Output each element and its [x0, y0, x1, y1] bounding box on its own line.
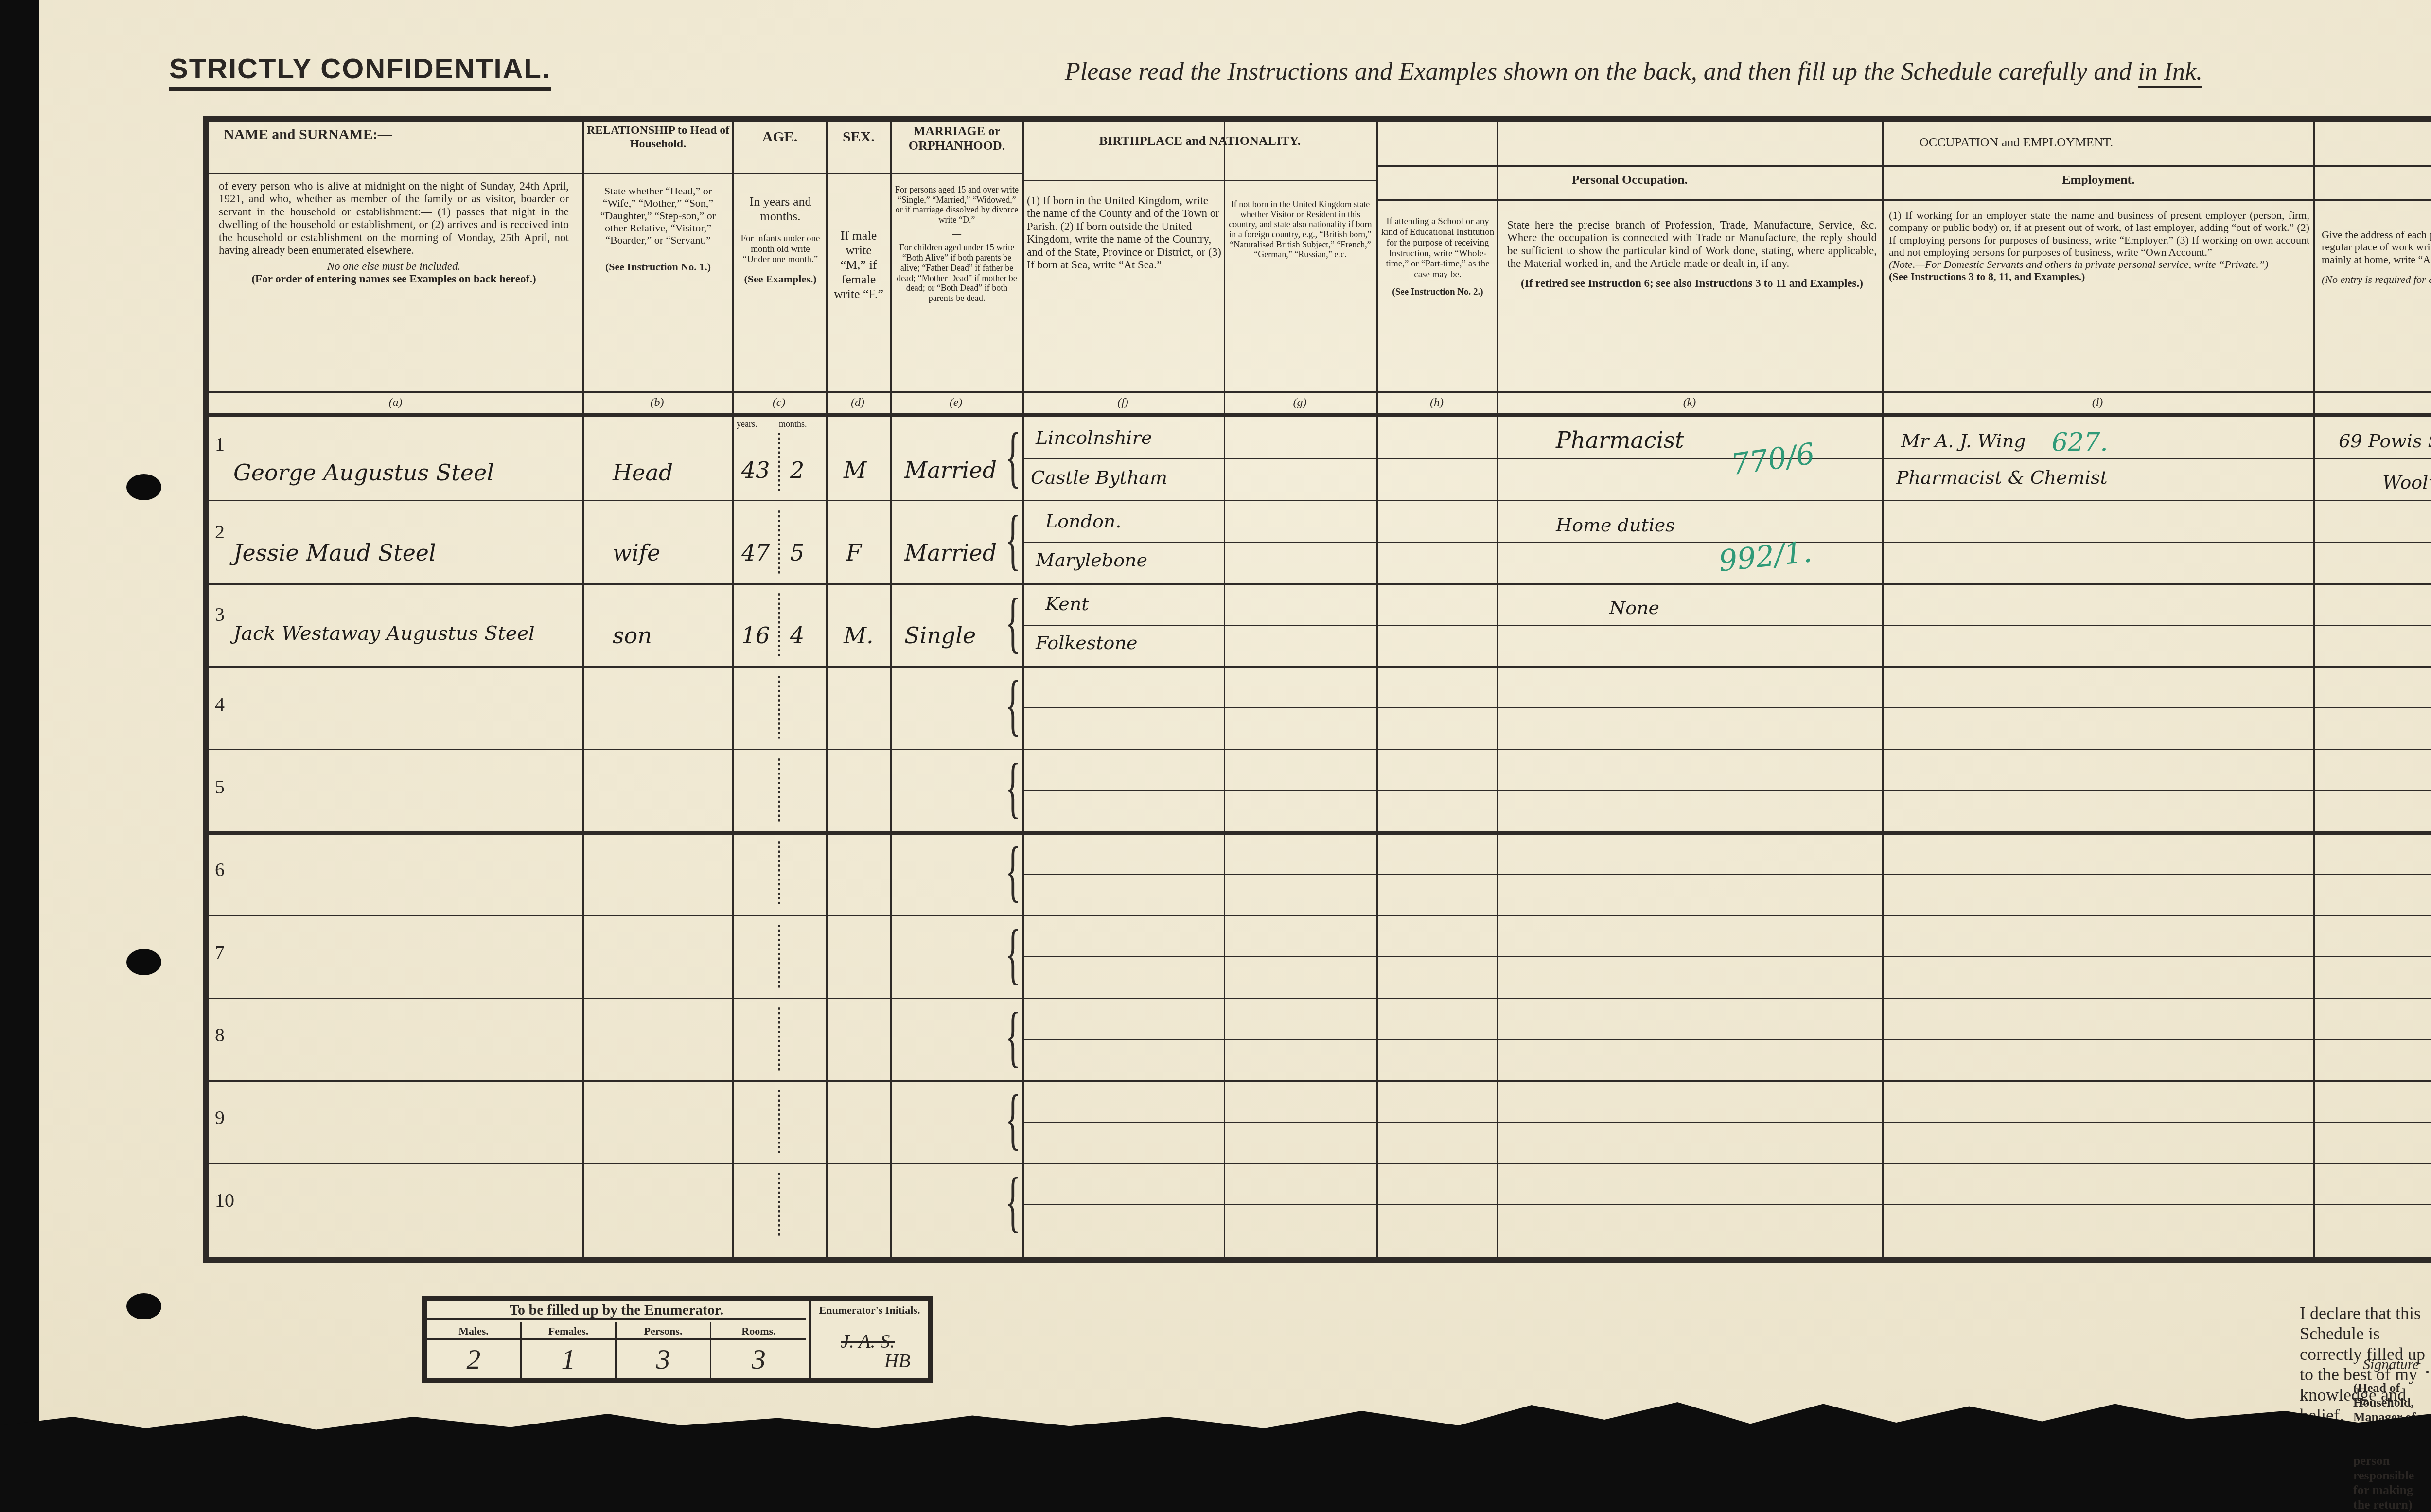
col-k-foot: (If retired see Instruction 6; see also …: [1507, 277, 1877, 290]
confidential-title: STRICTLY CONFIDENTIAL.: [169, 53, 551, 91]
person-workplace-town[interactable]: Woolwich: [2382, 472, 2431, 493]
row-number: 9: [215, 1106, 225, 1129]
col-a-foot: (For order of entering names see Example…: [219, 273, 569, 285]
row-number: 2: [215, 520, 225, 543]
signature-label: Signature: [2363, 1356, 2419, 1373]
col-a-title: NAME and SURNAME:—: [214, 126, 574, 143]
punch-hole: [126, 949, 161, 975]
person-birthplace-county[interactable]: Kent: [1045, 593, 1089, 615]
col-g-body: If not born in the United Kingdom state …: [1226, 199, 1374, 260]
enumerator-initials[interactable]: Enumerator's Initials. J. A. S. HB: [809, 1301, 928, 1378]
occupation-code: 770/6: [1729, 437, 1817, 482]
tally-rooms[interactable]: Rooms. 3: [711, 1322, 806, 1383]
person-occupation[interactable]: None: [1609, 597, 1659, 618]
enumerator-tally-box: To be filled up by the Enumerator. Males…: [422, 1296, 933, 1383]
person-sex[interactable]: M.: [844, 622, 874, 649]
personal-occupation-header: Personal Occupation.: [1378, 173, 1882, 187]
col-l-foot: (See Instructions 3 to 8, 11, and Exampl…: [1889, 270, 2309, 282]
col-l-title: Employment.: [1884, 173, 2313, 187]
col-m-body: Give the address of each person’s place …: [2322, 229, 2431, 265]
col-d-header: SEX.: [828, 129, 890, 146]
household-table: NAME and SURNAME:— of every person who i…: [203, 116, 2431, 1263]
row-number: 3: [215, 603, 225, 626]
col-e-letter: (e): [890, 396, 1022, 409]
col-a-letter: (a): [209, 396, 582, 409]
row-number: 4: [215, 693, 225, 716]
col-b-title: RELATIONSHIP to Head of Household.: [584, 124, 732, 151]
col-d-title: SEX.: [828, 129, 890, 146]
person-name[interactable]: Jessie Maud Steel: [233, 540, 436, 566]
age-months-label: months.: [779, 419, 807, 429]
person-birthplace-county[interactable]: London.: [1045, 510, 1121, 532]
person-relationship[interactable]: Head: [613, 459, 673, 486]
col-b-letter: (b): [582, 396, 732, 409]
instruction-ink: in Ink.: [2138, 58, 2202, 88]
col-m-letter: (m): [2313, 396, 2431, 409]
col-b-instructions: State whether “Head,” or “Wife,” “Mother…: [589, 185, 727, 273]
person-birthplace-town[interactable]: Castle Bytham: [1031, 467, 1167, 488]
col-g-letter: (g): [1224, 396, 1376, 409]
col-c-title: AGE.: [734, 129, 826, 146]
row-number: 8: [215, 1023, 225, 1046]
col-k-letter: (k): [1497, 396, 1882, 409]
tally-persons[interactable]: Persons. 3: [617, 1322, 711, 1383]
person-age-months[interactable]: 5: [790, 540, 804, 566]
col-e-instructions: For persons aged 15 and over write “Sing…: [895, 185, 1019, 303]
person-employer-business[interactable]: Pharmacist & Chemist: [1896, 467, 2108, 488]
col-m-title: Place of Work.: [2315, 177, 2431, 192]
person-marriage[interactable]: Married: [904, 457, 997, 483]
col-a-body: of every person who is alive at midnight…: [219, 180, 569, 257]
col-h-instructions: If attending a School or any kind of Edu…: [1380, 216, 1496, 298]
employment-header: Employment.: [1884, 173, 2313, 187]
occupation-group-header: OCCUPATION and EMPLOYMENT.: [1378, 135, 2431, 150]
tally-males[interactable]: Males. 2: [427, 1322, 522, 1383]
col-e-sub: For children aged under 15 write “Both A…: [895, 243, 1019, 303]
birthplace-group-title: BIRTHPLACE and NATIONALITY.: [1024, 134, 1376, 148]
person-age-months[interactable]: 4: [790, 622, 804, 649]
col-b-body: State whether “Head,” or “Wife,” “Mother…: [589, 185, 727, 246]
col-k-body: State here the precise branch of Profess…: [1507, 219, 1877, 270]
col-d-letter: (d): [826, 396, 890, 409]
col-a-header: NAME and SURNAME:—: [214, 126, 574, 143]
person-name[interactable]: Jack Westaway Augustus Steel: [233, 622, 535, 645]
tally-females[interactable]: Females. 1: [522, 1322, 617, 1383]
col-d-body: If male write “M,” if female write “F.”: [832, 229, 885, 301]
person-sex[interactable]: M: [844, 457, 866, 483]
col-c-sub: For infants under one month old write “U…: [737, 233, 824, 265]
person-birthplace-county[interactable]: Lincolnshire: [1036, 427, 1152, 448]
person-workplace-street[interactable]: 69 Powis St: [2339, 430, 2431, 452]
col-a-instructions: of every person who is alive at midnight…: [219, 180, 569, 286]
row-number: 5: [215, 775, 225, 798]
col-c-foot: (See Examples.): [737, 273, 824, 285]
col-b-foot: (See Instruction No. 1.): [589, 261, 727, 273]
person-occupation[interactable]: Home duties: [1556, 514, 1675, 536]
col-c-letter: (c): [732, 396, 826, 409]
person-relationship[interactable]: son: [613, 622, 652, 649]
col-e-title: MARRIAGE or ORPHANHOOD.: [892, 124, 1022, 153]
person-age-years[interactable]: 47: [741, 540, 770, 566]
row-number: 6: [215, 858, 225, 881]
person-age-years[interactable]: 16: [741, 622, 770, 649]
row-number: 10: [215, 1189, 234, 1212]
punch-hole: [126, 474, 161, 500]
person-age-months[interactable]: 2: [790, 457, 804, 483]
col-c-instructions: In years and months. For infants under o…: [737, 194, 824, 285]
place-of-work-header: Place of Work.: [2315, 177, 2431, 192]
birthplace-group-header: BIRTHPLACE and NATIONALITY.: [1024, 134, 1376, 148]
col-c-body: In years and months.: [737, 194, 824, 224]
instruction-text: Please read the Instructions and Example…: [1065, 58, 2138, 86]
age-years-label: years.: [737, 419, 757, 429]
col-e-header: MARRIAGE or ORPHANHOOD.: [892, 124, 1022, 153]
col-f-body: (1) If born in the United Kingdom, write…: [1027, 194, 1221, 272]
row-number: 1: [215, 433, 225, 456]
col-l-letter: (l): [1882, 396, 2313, 409]
person-age-years[interactable]: 43: [741, 457, 770, 483]
signature-line: [2426, 1371, 2431, 1373]
occupation-group-title: OCCUPATION and EMPLOYMENT.: [1378, 135, 2431, 150]
person-occupation[interactable]: Pharmacist: [1556, 427, 1684, 453]
tally-title: To be filled up by the Enumerator.: [427, 1301, 806, 1320]
col-m-note: (No entry is required for any person who…: [2322, 273, 2431, 285]
col-c-header: AGE.: [734, 129, 826, 146]
employer-code: 627.: [2052, 428, 2108, 457]
punch-hole: [126, 1293, 161, 1319]
person-relationship[interactable]: wife: [613, 540, 660, 566]
person-birthplace-town[interactable]: Marylebone: [1036, 549, 1147, 571]
col-e-body: For persons aged 15 and over write “Sing…: [895, 185, 1019, 225]
col-h-letter: (h): [1376, 396, 1497, 409]
person-birthplace-town[interactable]: Folkestone: [1036, 632, 1137, 653]
col-l-instructions: (1) If working for an employer state the…: [1889, 209, 2309, 283]
col-a-note: No one else must be included.: [219, 260, 569, 273]
person-sex[interactable]: F: [846, 540, 862, 566]
row-number: 7: [215, 941, 225, 964]
instruction-line: Please read the Instructions and Example…: [1065, 57, 2202, 86]
col-l-body: (1) If working for an employer state the…: [1889, 209, 2309, 258]
person-marriage[interactable]: Married: [904, 540, 997, 566]
col-f-letter: (f): [1022, 396, 1224, 409]
col-k-instructions: State here the precise branch of Profess…: [1507, 219, 1877, 290]
initials-value: HB: [884, 1349, 910, 1372]
col-l-note: (Note.—For Domestic Servants and others …: [1889, 258, 2309, 270]
person-marriage[interactable]: Single: [904, 622, 976, 649]
col-h-body: If attending a School or any kind of Edu…: [1380, 216, 1496, 280]
person-employer[interactable]: Mr A. J. Wing: [1901, 430, 2026, 452]
person-name[interactable]: George Augustus Steel: [233, 459, 494, 486]
personal-occupation-title: Personal Occupation.: [1378, 173, 1882, 187]
col-b-header: RELATIONSHIP to Head of Household.: [584, 124, 732, 151]
col-h-foot: (See Instruction No. 2.): [1380, 287, 1496, 298]
col-m-instructions: Give the address of each person’s place …: [2322, 229, 2431, 285]
